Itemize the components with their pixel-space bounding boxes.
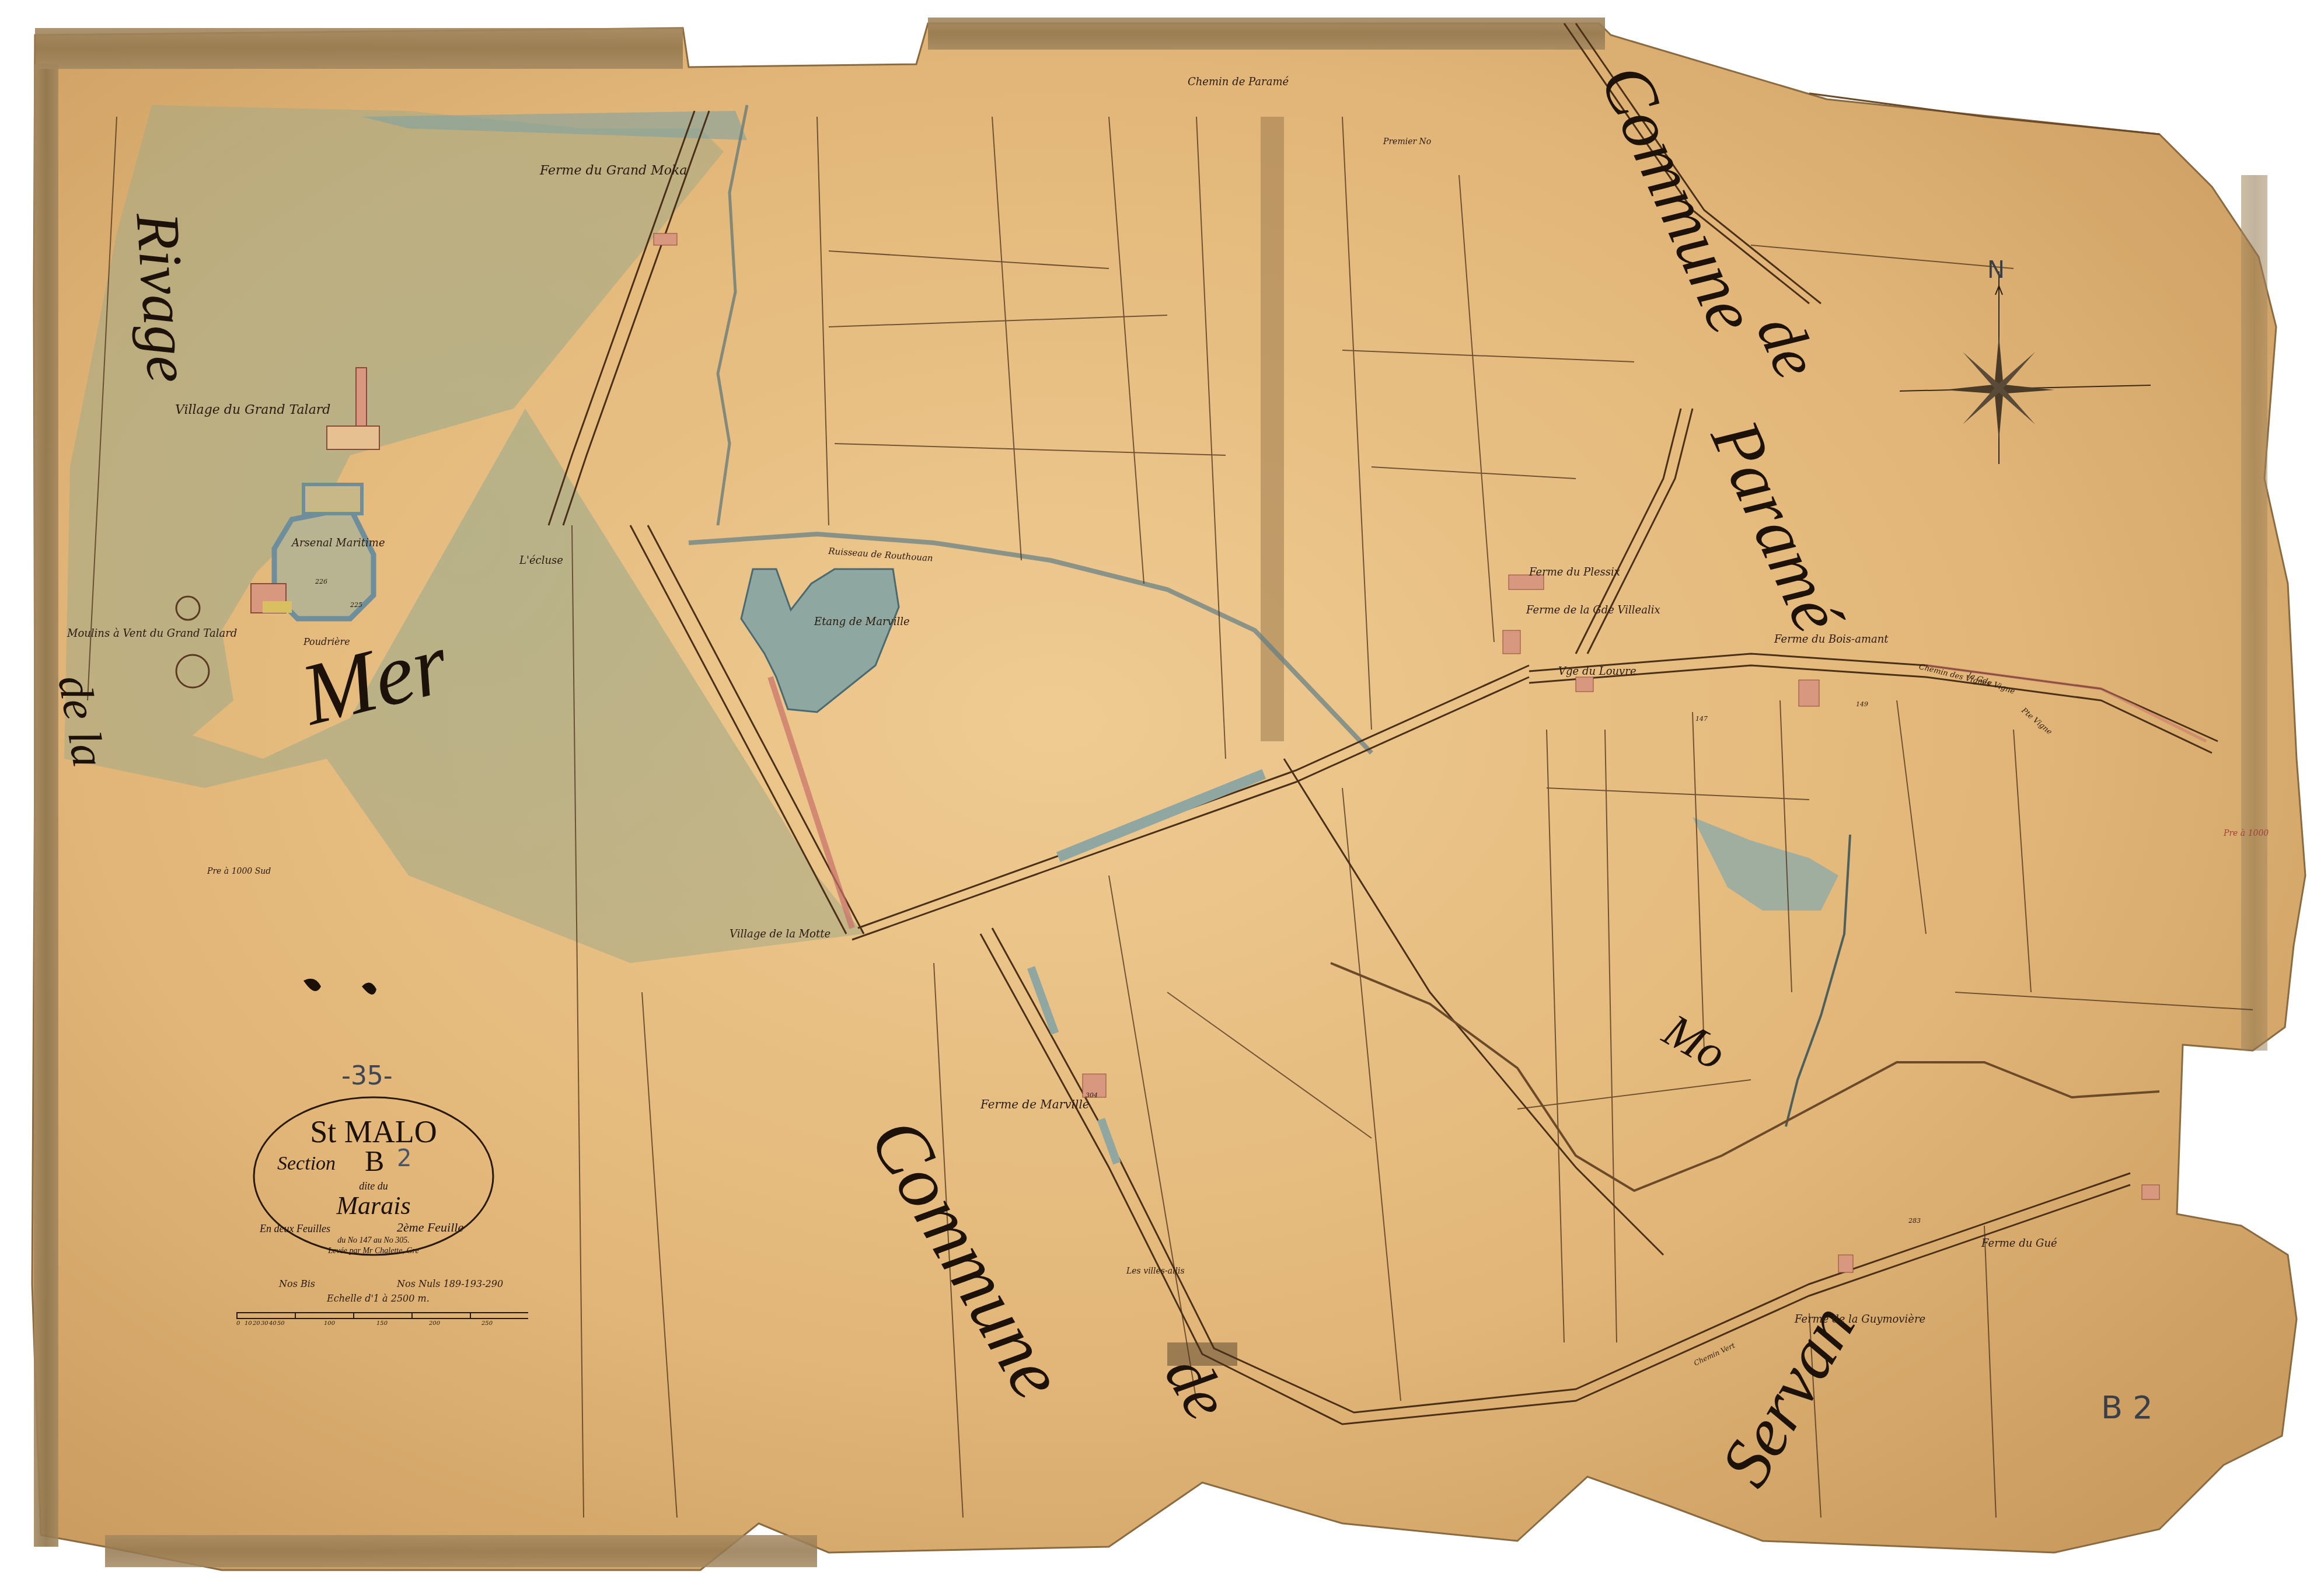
tape-bottom bbox=[105, 1535, 817, 1567]
scale-tick: 40 bbox=[269, 1320, 277, 1327]
scale-bar bbox=[236, 1312, 528, 1319]
cartouche-sheet-number: 2ème Feuille bbox=[397, 1220, 463, 1235]
cartouche-parcel-range: du No 147 au No 305. bbox=[248, 1236, 499, 1246]
label-pre-1000-sud: Pre à 1000 Sud bbox=[207, 867, 271, 876]
tape-top-mid bbox=[928, 18, 1605, 50]
label-chemin-parame: Chemin de Paramé bbox=[1188, 76, 1289, 88]
title-cartouche: St MALO Section B 2 dite du Marais En de… bbox=[248, 1091, 499, 1261]
parcel-number: 225 bbox=[350, 601, 362, 609]
compass-north-label: N bbox=[1987, 257, 2005, 284]
parcel-number: 226 bbox=[315, 578, 327, 585]
label-ferme-du-gue: Ferme du Gué bbox=[1981, 1237, 2057, 1250]
building-guymoviere bbox=[1838, 1255, 1853, 1272]
label-ferme-marville: Ferme de Marville bbox=[980, 1097, 1090, 1111]
scale-tick: 150 bbox=[376, 1320, 429, 1327]
scale-tick: 10 bbox=[245, 1320, 253, 1327]
label-ferme-grand-moka: Ferme du Grand Moka bbox=[540, 163, 687, 178]
label-ferme-guymoviere: Ferme de la Guymovière bbox=[1795, 1313, 1925, 1326]
parcel-number: 283 bbox=[1908, 1217, 1921, 1225]
map-graphics bbox=[0, 0, 2324, 1580]
label-ferme-villealix: Ferme de la Gde Villealix bbox=[1526, 604, 1660, 616]
archive-number: -35- bbox=[341, 1061, 393, 1091]
scale-tick: 250 bbox=[481, 1320, 517, 1327]
building-louvre bbox=[1576, 677, 1593, 692]
parcel-number: 304 bbox=[1086, 1091, 1098, 1099]
tape-top-left bbox=[35, 28, 683, 69]
label-village-la-motte: Village de la Motte bbox=[730, 928, 831, 940]
scale-tick: 0 bbox=[236, 1320, 245, 1327]
cartouche-section-label: Section bbox=[277, 1153, 336, 1175]
tape-left bbox=[34, 64, 58, 1547]
building-grand-moka bbox=[654, 233, 677, 245]
label-ferme-plessix: Ferme du Plessix bbox=[1529, 566, 1620, 578]
cartouche-surveyor: Levée par Mr Chalette, Gre bbox=[248, 1247, 499, 1256]
label-poudriere: Poudrière bbox=[303, 636, 350, 647]
cartouche-section-pencil-suffix: 2 bbox=[397, 1145, 411, 1172]
building-villealix bbox=[1503, 630, 1520, 654]
tape-right bbox=[2241, 175, 2267, 1051]
label-l-ecluse: L'écluse bbox=[519, 554, 563, 567]
building-yellow bbox=[263, 601, 292, 613]
scale-tick: 50 bbox=[277, 1320, 324, 1327]
label-village-grand-talard: Village du Grand Talard bbox=[175, 403, 330, 417]
note-nos-bis: Nos Bis bbox=[279, 1278, 315, 1289]
label-rivage: Rivage bbox=[122, 210, 204, 385]
label-premier-no: Premier No bbox=[1383, 137, 1431, 147]
scale-tick: 200 bbox=[429, 1320, 481, 1327]
cadastral-map: N Rivage de la Mer Commune de Paramé Com… bbox=[0, 0, 2324, 1580]
cartouche-section-letter: B bbox=[365, 1144, 384, 1178]
label-moulins-a-vent: Moulins à Vent du Grand Talard bbox=[67, 627, 237, 640]
label-arsenal-maritime: Arsenal Maritime bbox=[292, 537, 385, 549]
building-bois-amant bbox=[1799, 680, 1819, 706]
scale-ticks: 0 10 20 30 40 50 100 150 200 250 bbox=[236, 1320, 540, 1327]
note-nos-nuls: Nos Nuls 189-193-290 bbox=[397, 1278, 503, 1289]
label-les-villes-allis: Les villes-allis bbox=[1126, 1267, 1185, 1276]
cartouche-section-name: Marais bbox=[248, 1191, 499, 1220]
scale-label: Echelle d'1 à 2500 m. bbox=[327, 1293, 430, 1304]
building-gue bbox=[2142, 1185, 2159, 1199]
label-etang-marville: Etang de Marville bbox=[814, 616, 910, 628]
scale-tick: 20 bbox=[253, 1320, 261, 1327]
label-ferme-bois-amant: Ferme du Bois-amant bbox=[1774, 633, 1889, 646]
label-pre-1000: Pre à 1000 bbox=[2224, 829, 2269, 838]
scale-tick: 30 bbox=[261, 1320, 269, 1327]
label-vge-louvre: Vge du Louvre bbox=[1558, 665, 1636, 678]
sheet-pencil-label: B 2 bbox=[2101, 1389, 2153, 1426]
parcel-number: 147 bbox=[1695, 715, 1708, 723]
scale-tick: 100 bbox=[324, 1320, 376, 1327]
arsenal-yard-north bbox=[303, 484, 362, 514]
parcel-number: 149 bbox=[1856, 700, 1868, 708]
building-grand-talard-2 bbox=[327, 426, 379, 449]
cartouche-sheets: En deux Feuilles bbox=[260, 1223, 330, 1235]
